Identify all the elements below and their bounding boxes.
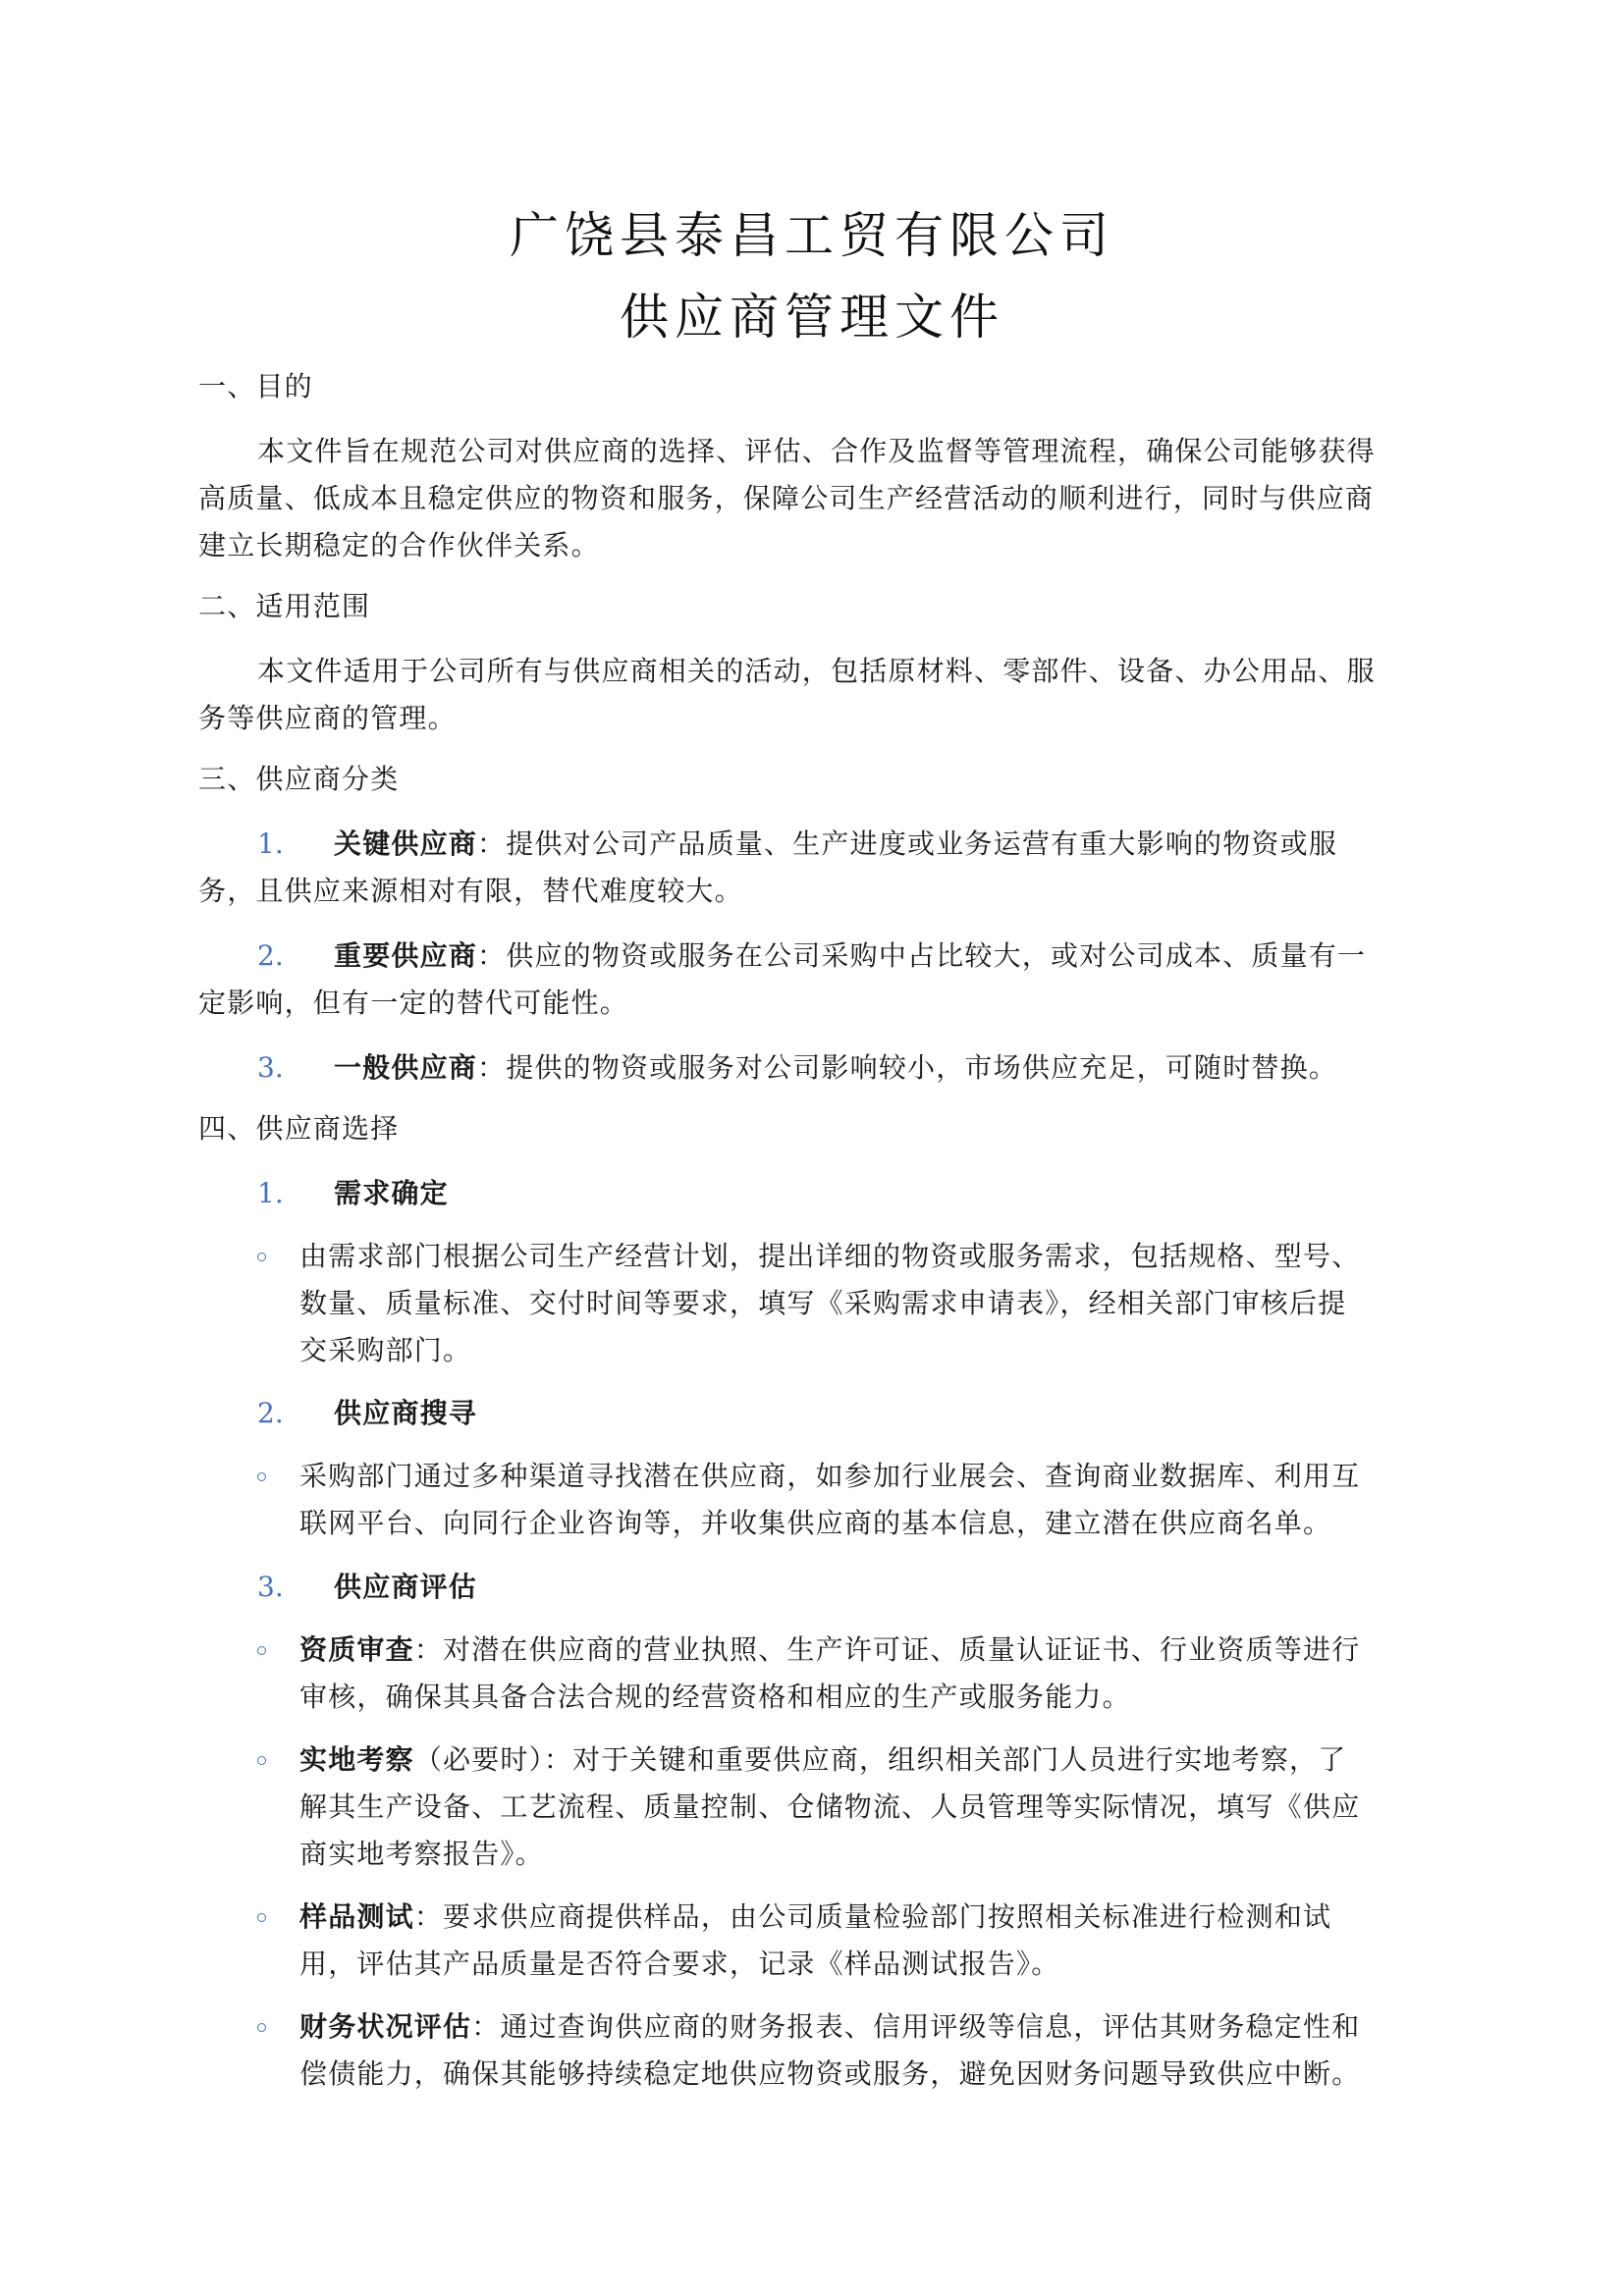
bullet-line: 用，评估其产品质量是否符合要求，记录《样品测试报告》。 — [299, 1950, 1059, 1978]
term-label: 关键供应商 — [334, 828, 477, 860]
term-text: ：供应的物资或服务在公司采购中占比较大，或对公司成本、质量有一 — [477, 939, 1366, 972]
bullet-line: 资质审查：对潜在供应商的营业执照、生产许可证、质量认证证书、行业资质等进行 — [299, 1636, 1360, 1664]
term-text: （必要时）：对于关键和重要供应商，组织相关部门人员进行实地考察，了 — [414, 1743, 1347, 1776]
document-page: 广饶县泰昌工贸有限公司 供应商管理文件 一、目的 本文件旨在规范公司对供应商的选… — [0, 0, 1624, 2296]
term-text: ：提供的物资或服务对公司影响较小，市场供应充足，可随时替换。 — [477, 1051, 1337, 1084]
list-number: 2. — [257, 942, 284, 970]
bullet-line: 偿债能力，确保其能够持续稳定地供应物资或服务，避免因财务问题导致供应中断。 — [299, 2060, 1360, 2088]
bullet-line: 由需求部门根据公司生产经营计划，提出详细的物资或服务需求，包括规格、型号、 — [299, 1243, 1360, 1270]
section-heading-classification: 三、供应商分类 — [198, 766, 399, 793]
hollow-bullet-icon — [257, 2023, 266, 2032]
bullet-line: 交采购部门。 — [299, 1337, 471, 1364]
hollow-bullet-icon — [257, 1913, 266, 1922]
bullet-line: 采购部门通过多种渠道寻找潜在供应商，如参加行业展会、查询商业数据库、利用互 — [299, 1463, 1360, 1490]
paragraph-line: 建立长期稳定的合作伙伴关系。 — [198, 532, 600, 560]
section-heading-selection: 四、供应商选择 — [198, 1115, 399, 1143]
term-text: ：要求供应商提供样品，由公司质量检验部门按照相关标准进行检测和试 — [414, 1900, 1331, 1933]
subsection-title: 供应商评估 — [334, 1574, 477, 1601]
term-label: 资质审查 — [299, 1633, 414, 1666]
document-title: 供应商管理文件 — [0, 278, 1624, 348]
bullet-line: 样品测试：要求供应商提供样品，由公司质量检验部门按照相关标准进行检测和试 — [299, 1903, 1331, 1931]
bullet-line: 实地考察（必要时）：对于关键和重要供应商，组织相关部门人员进行实地考察，了 — [299, 1746, 1346, 1774]
term-label: 样品测试 — [299, 1900, 414, 1933]
list-item-important-supplier: 重要供应商：供应的物资或服务在公司采购中占比较大，或对公司成本、质量有一 — [334, 942, 1366, 970]
paragraph-line: 本文件适用于公司所有与供应商相关的活动，包括原材料、零部件、设备、办公用品、服 — [257, 658, 1376, 685]
company-title: 广饶县泰昌工贸有限公司 — [0, 196, 1624, 267]
hollow-bullet-icon — [257, 1472, 266, 1481]
hollow-bullet-icon — [257, 1646, 266, 1655]
bullet-line: 审核，确保其具备合法合规的经营资格和相应的生产或服务能力。 — [299, 1683, 1131, 1711]
bullet-line: 商实地考察报告》。 — [299, 1841, 544, 1868]
hollow-bullet-icon — [257, 1756, 266, 1765]
bullet-line: 数量、质量标准、交付时间等要求，填写《采购需求申请表》，经相关部门审核后提 — [299, 1290, 1346, 1317]
bullet-line: 联网平台、向同行企业咨询等，并收集供应商的基本信息，建立潜在供应商名单。 — [299, 1510, 1331, 1537]
list-item-key-supplier: 关键供应商：提供对公司产品质量、生产进度或业务运营有重大影响的物资或服 — [334, 830, 1337, 858]
list-number: 1. — [257, 1180, 284, 1207]
subsection-title: 供应商搜寻 — [334, 1400, 477, 1427]
term-label: 实地考察 — [299, 1743, 414, 1776]
bullet-line: 财务状况评估：通过查询供应商的财务报表、信用评级等信息，评估其财务稳定性和 — [299, 2013, 1360, 2041]
hollow-bullet-icon — [257, 1253, 266, 1261]
paragraph-line: 务，且供应来源相对有限，替代难度较大。 — [198, 878, 743, 905]
section-heading-scope: 二、适用范围 — [198, 593, 370, 620]
term-label: 一般供应商 — [334, 1051, 477, 1084]
subsection-title: 需求确定 — [334, 1180, 449, 1207]
paragraph-line: 高质量、低成本且稳定供应的物资和服务，保障公司生产经营活动的顺利进行，同时与供应… — [198, 485, 1374, 512]
list-item-general-supplier: 一般供应商：提供的物资或服务对公司影响较小，市场供应充足，可随时替换。 — [334, 1054, 1337, 1082]
list-number: 3. — [257, 1054, 284, 1082]
term-text: ：提供对公司产品质量、生产进度或业务运营有重大影响的物资或服 — [477, 828, 1337, 860]
list-number: 2. — [257, 1400, 284, 1427]
term-label: 财务状况评估 — [299, 2010, 471, 2043]
paragraph-line: 务等供应商的管理。 — [198, 705, 457, 732]
bullet-line: 解其生产设备、工艺流程、质量控制、仓储物流、人员管理等实际情况，填写《供应 — [299, 1793, 1360, 1821]
list-number: 3. — [257, 1574, 284, 1601]
paragraph-line: 本文件旨在规范公司对供应商的选择、评估、合作及监督等管理流程，确保公司能够获得 — [257, 438, 1376, 465]
section-heading-purpose: 一、目的 — [198, 373, 313, 400]
list-number: 1. — [257, 830, 284, 858]
term-text: ：对潜在供应商的营业执照、生产许可证、质量认证证书、行业资质等进行 — [414, 1633, 1361, 1666]
term-text: ：通过查询供应商的财务报表、信用评级等信息，评估其财务稳定性和 — [471, 2010, 1360, 2043]
term-label: 重要供应商 — [334, 939, 477, 972]
paragraph-line: 定影响，但有一定的替代可能性。 — [198, 989, 628, 1017]
